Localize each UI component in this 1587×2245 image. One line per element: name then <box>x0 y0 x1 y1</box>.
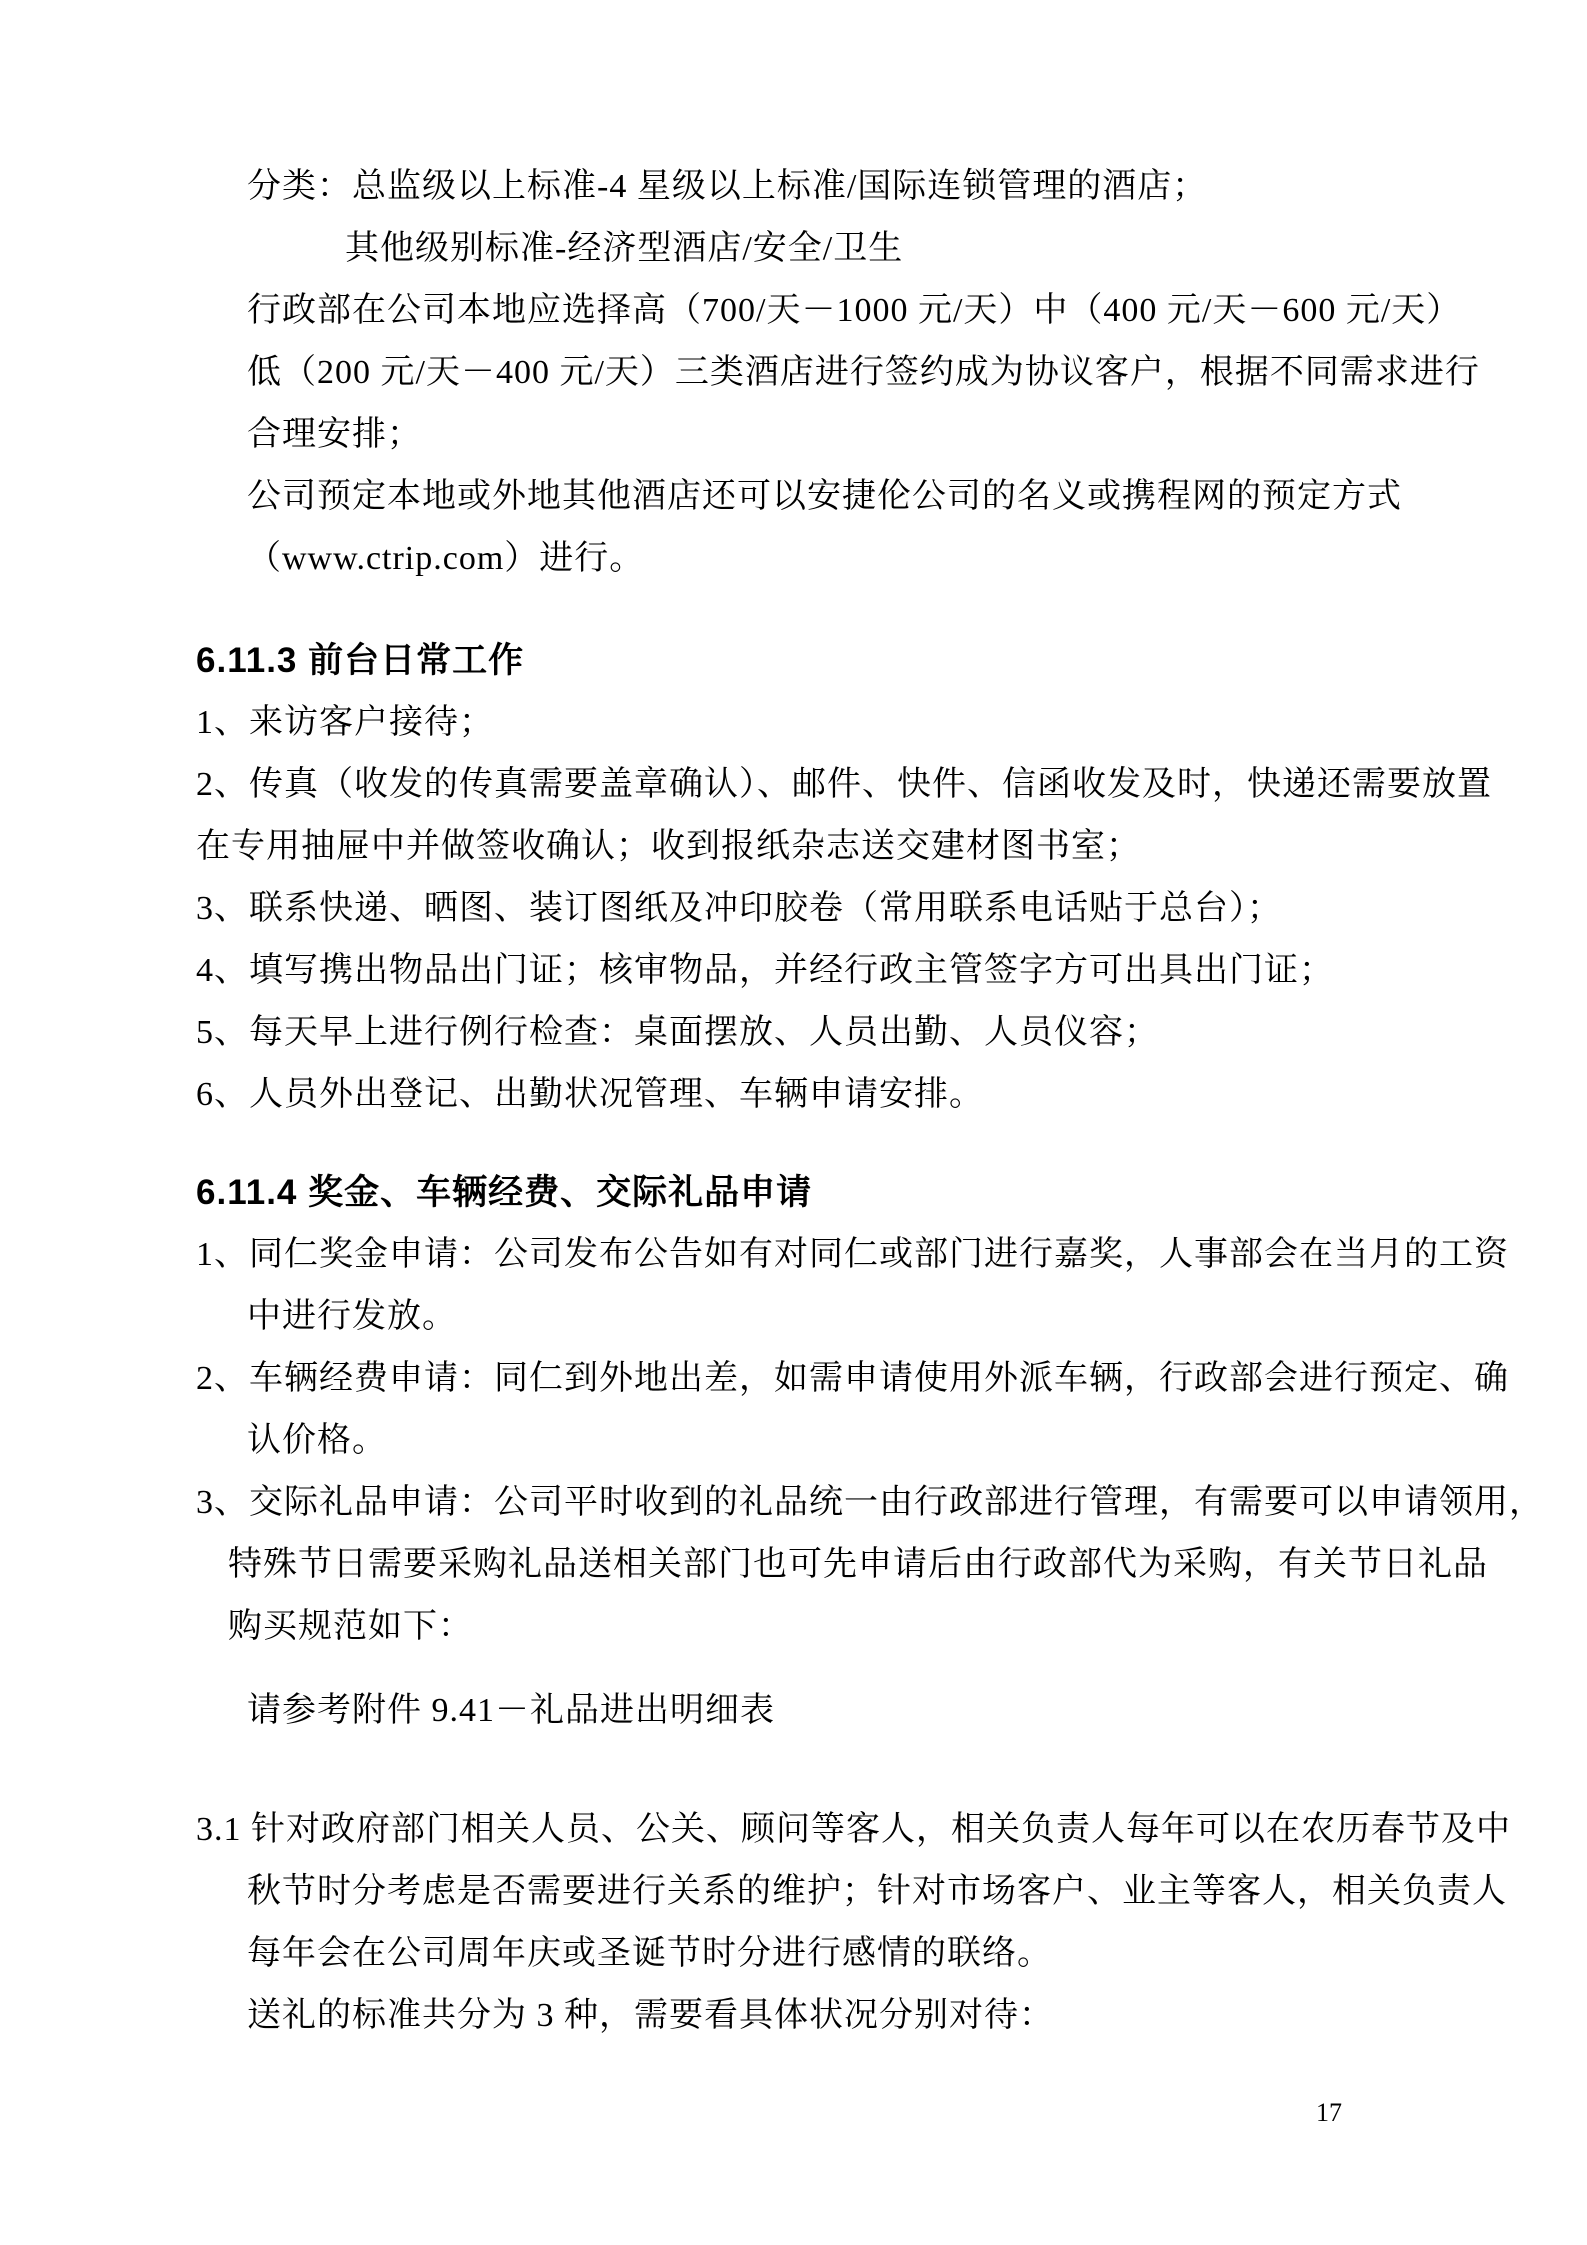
doc-line: 中进行发放。 <box>0 1286 1587 1348</box>
doc-line: 1、同仁奖金申请：公司发布公告如有对同仁或部门进行嘉奖，人事部会在当月的工资 <box>0 1224 1587 1286</box>
doc-line: 每年会在公司周年庆或圣诞节时分进行感情的联络。 <box>0 1923 1587 1985</box>
section-heading-6-11-4: 6.11.4 奖金、车辆经费、交际礼品申请 <box>0 1162 1587 1224</box>
doc-line: 低（200 元/天－400 元/天）三类酒店进行签约成为协议客户，根据不同需求进… <box>0 342 1587 404</box>
doc-line: 3、联系快递、晒图、装订图纸及冲印胶卷（常用联系电话贴于总台）； <box>0 878 1587 940</box>
document-content: 分类：总监级以上标准-4 星级以上标准/国际连锁管理的酒店； 其他级别标准-经济… <box>0 156 1587 2047</box>
doc-line: 合理安排； <box>0 404 1587 466</box>
doc-line: 认价格。 <box>0 1410 1587 1472</box>
doc-line: 购买规范如下： <box>0 1596 1587 1658</box>
doc-line: 特殊节日需要采购礼品送相关部门也可先申请后由行政部代为采购，有关节日礼品 <box>0 1534 1587 1596</box>
doc-line: 公司预定本地或外地其他酒店还可以安捷伦公司的名义或携程网的预定方式 <box>0 466 1587 528</box>
attachment-reference-line: 请参考附件 9.41－礼品进出明细表 <box>0 1680 1587 1742</box>
doc-line: 2、传真（收发的传真需要盖章确认）、邮件、快件、信函收发及时，快递还需要放置 <box>0 754 1587 816</box>
doc-line: 4、填写携出物品出门证；核审物品，并经行政主管签字方可出具出门证； <box>0 940 1587 1002</box>
doc-line: 3.1 针对政府部门相关人员、公关、顾问等客人，相关负责人每年可以在农历春节及中 <box>0 1799 1587 1861</box>
doc-line: 行政部在公司本地应选择高（700/天－1000 元/天）中（400 元/天－60… <box>0 280 1587 342</box>
doc-line: 6、人员外出登记、出勤状况管理、车辆申请安排。 <box>0 1064 1587 1126</box>
doc-line: 3、交际礼品申请：公司平时收到的礼品统一由行政部进行管理，有需要可以申请领用， <box>0 1472 1587 1534</box>
section-heading-6-11-3: 6.11.3 前台日常工作 <box>0 630 1587 692</box>
doc-line: 分类：总监级以上标准-4 星级以上标准/国际连锁管理的酒店； <box>0 156 1587 218</box>
doc-line: 送礼的标准共分为 3 种，需要看具体状况分别对待： <box>0 1985 1587 2047</box>
doc-line: （www.ctrip.com）进行。 <box>0 528 1587 590</box>
doc-line: 秋节时分考虑是否需要进行关系的维护；针对市场客户、业主等客人，相关负责人 <box>0 1861 1587 1923</box>
doc-line: 1、来访客户接待； <box>0 692 1587 754</box>
doc-line: 其他级别标准-经济型酒店/安全/卫生 <box>0 218 1587 280</box>
doc-line: 在专用抽屉中并做签收确认；收到报纸杂志送交建材图书室； <box>0 816 1587 878</box>
doc-line: 5、每天早上进行例行检查：桌面摆放、人员出勤、人员仪容； <box>0 1002 1587 1064</box>
document-page: 分类：总监级以上标准-4 星级以上标准/国际连锁管理的酒店； 其他级别标准-经济… <box>0 0 1587 2245</box>
page-number: 17 <box>1316 2098 1342 2128</box>
doc-line: 2、车辆经费申请：同仁到外地出差，如需申请使用外派车辆，行政部会进行预定、确 <box>0 1348 1587 1410</box>
